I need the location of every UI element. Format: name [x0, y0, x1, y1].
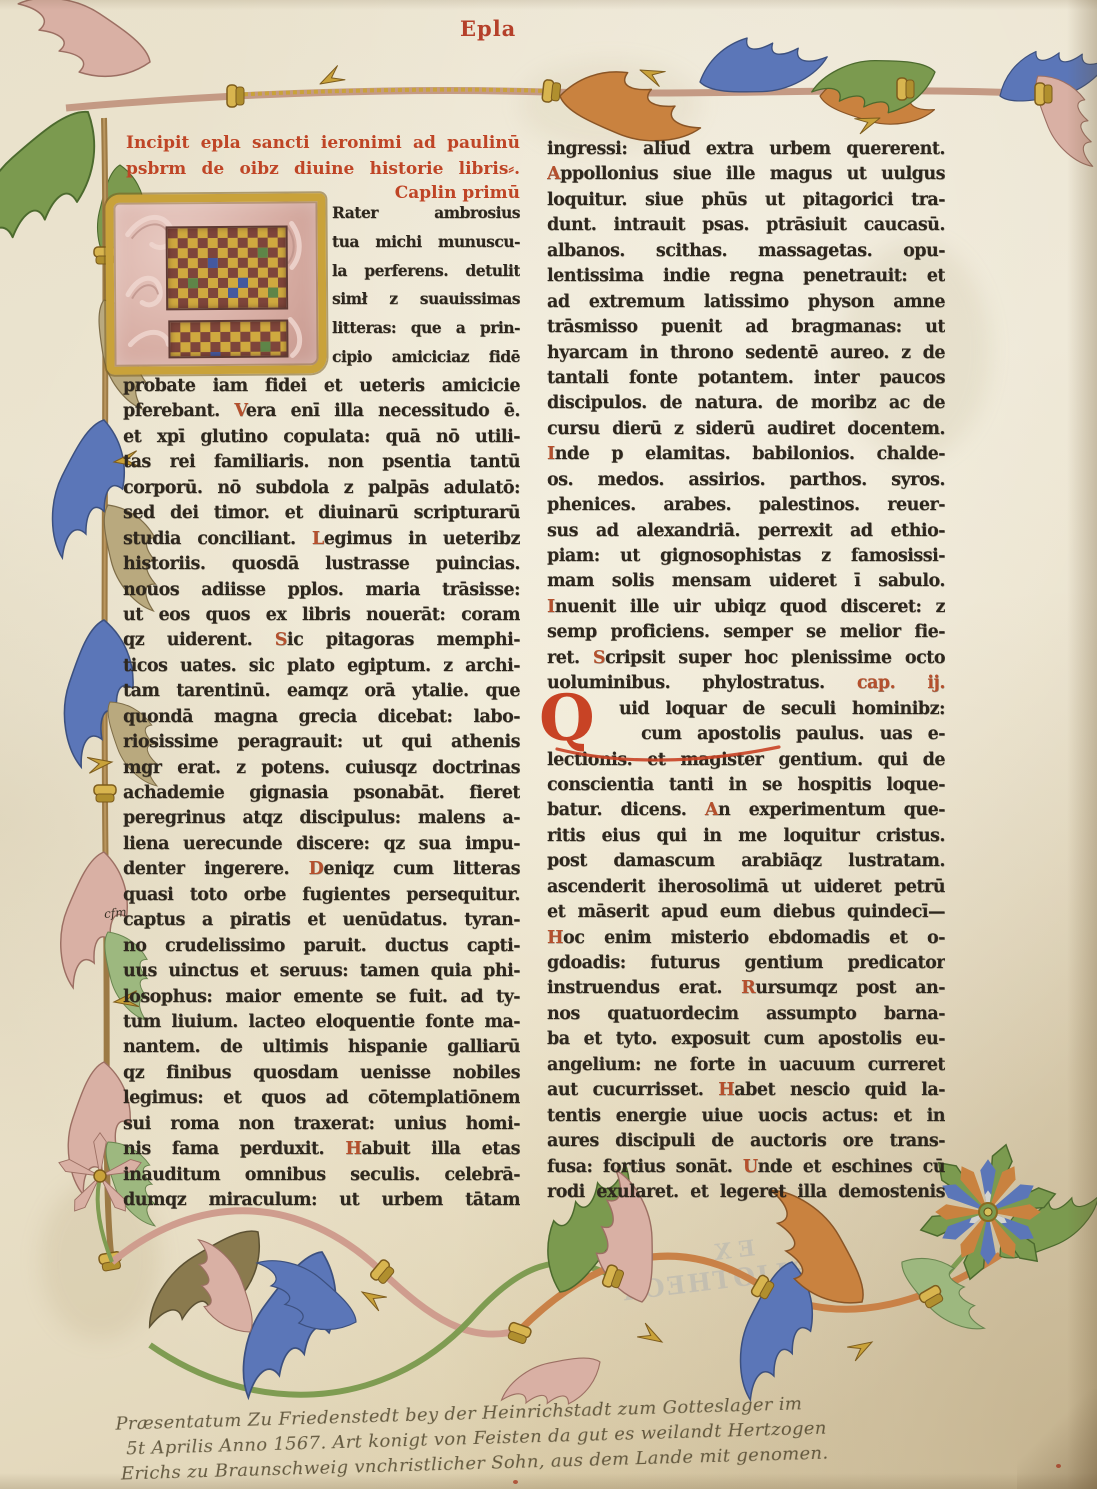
column-2-lower-lines: lectionis. et magister gentium. qui deco… [547, 748, 945, 1206]
page-edge-shadow [1067, 0, 1097, 1489]
page-edge-shadow [0, 0, 1097, 10]
initial-mosaic-panel-lower [168, 319, 288, 358]
drop-cap-paragraph: Q uid loquar de seculi hominibz:cum apos… [547, 697, 945, 748]
page-edge-shadow [0, 1473, 1097, 1489]
running-head: Epla [460, 16, 516, 41]
page-corner-fold [1017, 1389, 1097, 1489]
text-column-1: probate iam fidei et ueteris amiciciepfe… [123, 374, 520, 1213]
drop-cap-q: Q [539, 689, 594, 749]
text-column-2: ingressi: aliud extra urbem quererent.Ap… [547, 137, 945, 1205]
initial-mosaic-panel-upper [166, 225, 289, 310]
column-2-upper-lines: ingressi: aliud extra urbem quererent.Ap… [547, 137, 945, 697]
manuscript-page: EX BIBLIOTHECA [0, 0, 1097, 1489]
margin-annotation: cfm [103, 905, 127, 921]
illuminated-initial-f [105, 193, 326, 375]
text-column-1-beside-initial: Rater ambrosiustua michi munuscu-la perf… [332, 199, 520, 372]
incipit-rubric: Incipit epla sancti ieronimi ad paulinūp… [126, 130, 520, 182]
